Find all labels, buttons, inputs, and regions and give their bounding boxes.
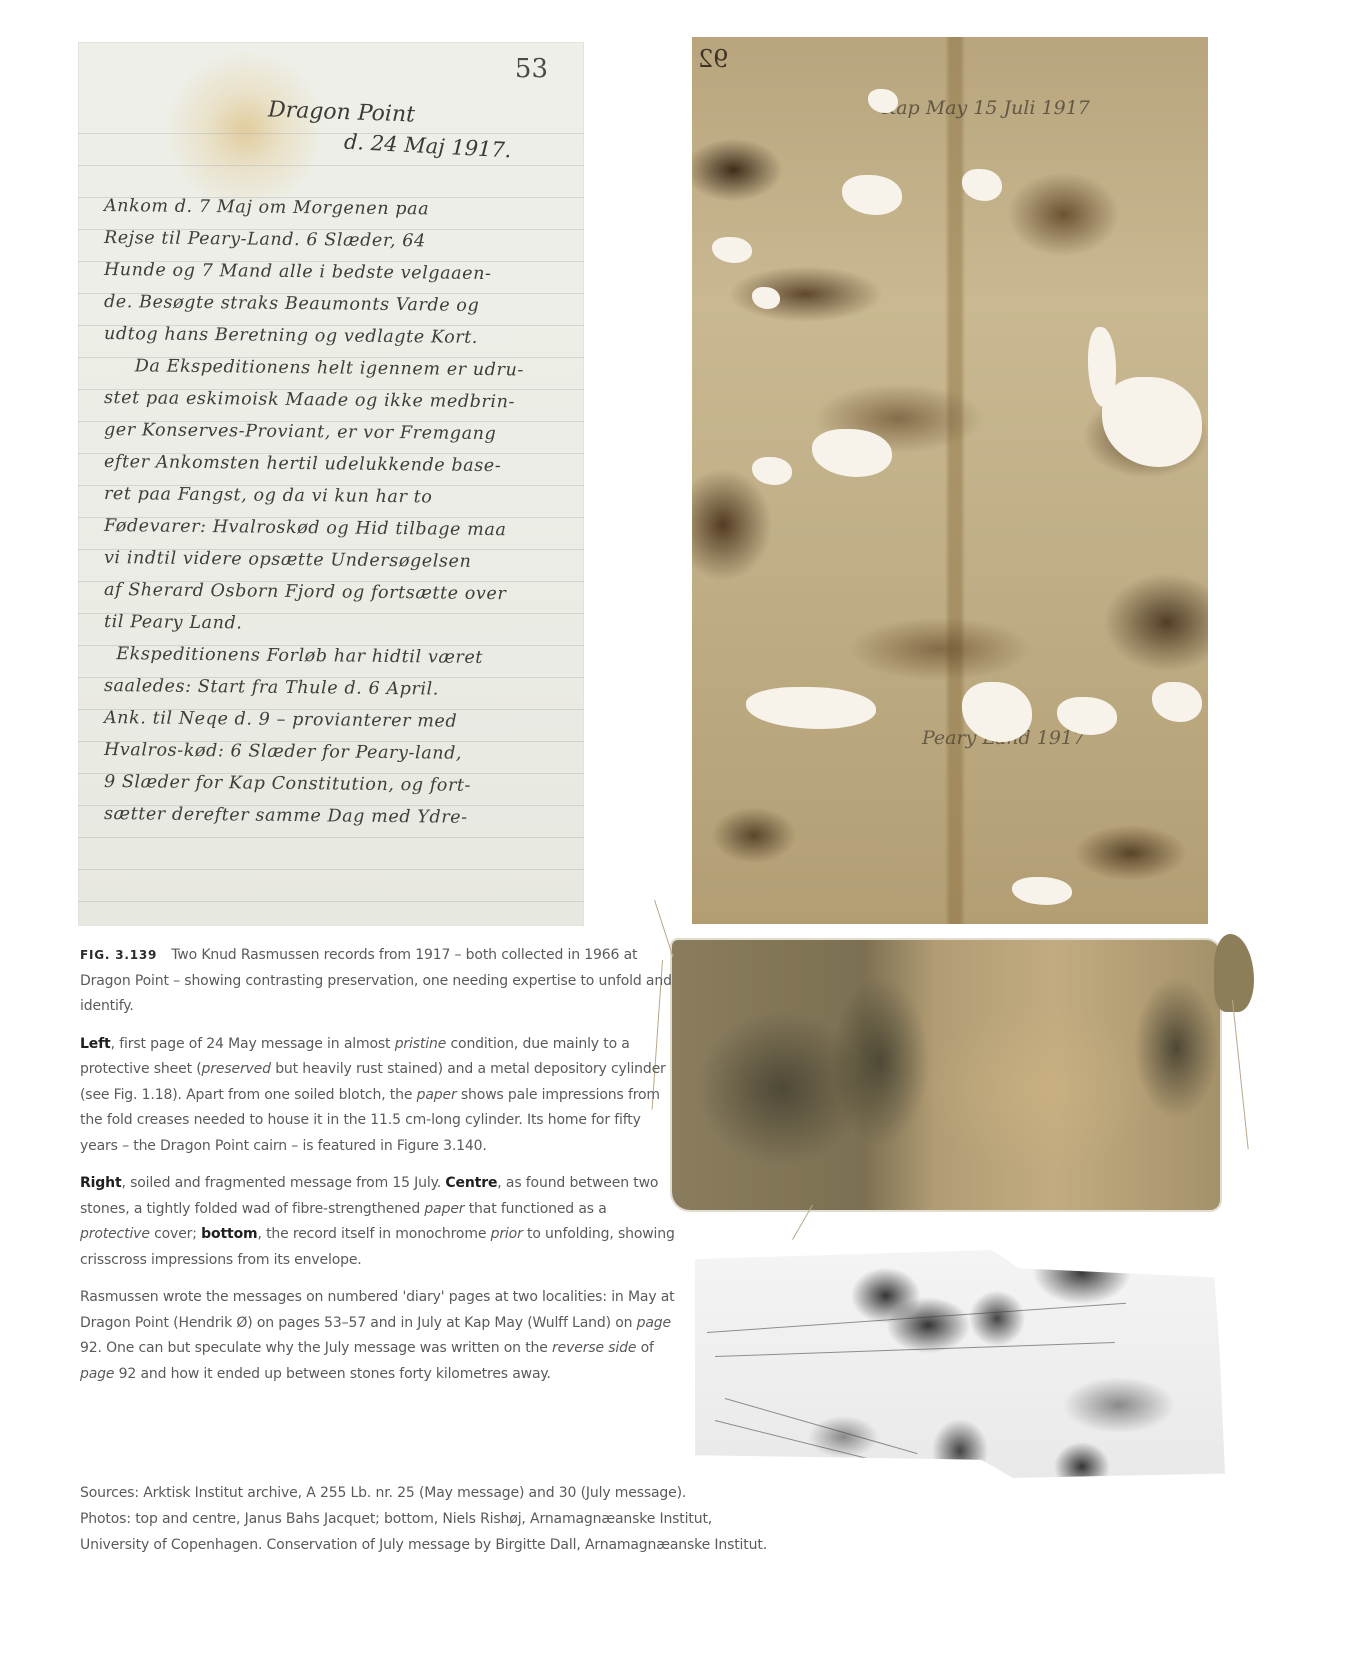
caption-text: of — [636, 1340, 654, 1356]
caption-italic: paper — [417, 1087, 457, 1103]
paper-loss — [746, 687, 876, 729]
photo-folded-wad-protective-cover — [672, 940, 1220, 1210]
loose-fibre — [1232, 1000, 1249, 1149]
caption-italic: prior — [491, 1226, 523, 1242]
handwritten-header: Kap May 15 Juli 1917 — [882, 97, 1090, 119]
handwritten-line: til Peary Land. — [104, 606, 574, 643]
caption-lead-right: Right — [80, 1175, 122, 1191]
handwritten-line: efter Ankomsten hertil udelukkende base- — [104, 446, 574, 483]
handwritten-line: stet paa eskimoisk Maade og ikke medbrin… — [104, 382, 574, 419]
caption-lead-centre: Centre — [445, 1175, 497, 1191]
paper-loss — [962, 169, 1002, 201]
paper-loss — [1012, 877, 1072, 905]
handwritten-line: Ank. til Neqe d. 9 – provianterer med — [104, 702, 574, 739]
paper-loss — [1102, 377, 1202, 467]
handwritten-place: Dragon Point — [268, 97, 416, 127]
photo-record-monochrome-before-unfolding — [695, 1250, 1225, 1478]
handwritten-line: Fødevarer: Hvalroskød og Hid tilbage maa — [104, 510, 574, 547]
loose-fibre — [792, 1205, 813, 1240]
figure-caption: FIG. 3.139Two Knud Rasmussen records fro… — [80, 943, 680, 1399]
handwritten-line: Ankom d. 7 Maj om Morgenen paa — [104, 190, 574, 227]
caption-notes-paragraph: Rasmussen wrote the messages on numbered… — [80, 1285, 680, 1387]
caption-lead-left: Left — [80, 1036, 111, 1052]
caption-text: 92. One can but speculate why the July m… — [80, 1340, 552, 1356]
photo-july-letter-page-92: 92 Kap May 15 Juli 1917 Peary Land 1917 — [692, 37, 1208, 924]
figure-number: FIG. 3.139 — [80, 948, 157, 962]
handwritten-line: 9 Slæder for Kap Constitution, og fort- — [104, 766, 574, 803]
handwritten-line: de. Besøgte straks Beaumonts Varde og — [104, 286, 574, 323]
handwritten-line: sætter derefter samme Dag med Ydre- — [104, 798, 574, 835]
photo-credits-line: University of Copenhagen. Conservation o… — [80, 1532, 980, 1558]
caption-italic: paper — [424, 1201, 464, 1217]
photo-credits-line: Photos: top and centre, Janus Bahs Jacqu… — [80, 1506, 980, 1532]
caption-title-text: Two Knud Rasmussen records from 1917 – b… — [80, 947, 672, 1014]
caption-text: that functioned as a — [464, 1201, 606, 1217]
sources-line: Sources: Arktisk Institut archive, A 255… — [80, 1480, 980, 1506]
paper-loss — [712, 237, 752, 263]
fold-crease — [715, 1342, 1115, 1357]
caption-text: Rasmussen wrote the messages on numbered… — [80, 1289, 675, 1331]
caption-right-paragraph: Right, soiled and fragmented message fro… — [80, 1171, 680, 1273]
handwritten-body: Ankom d. 7 Maj om Morgenen paa Rejse til… — [104, 190, 574, 830]
paper-loss — [752, 457, 792, 485]
handwritten-line: Hunde og 7 Mand alle i bedste velgaaen- — [104, 254, 574, 291]
caption-italic: preserved — [202, 1061, 271, 1077]
caption-text: , first page of 24 May message in almost — [111, 1036, 395, 1052]
caption-title: FIG. 3.139Two Knud Rasmussen records fro… — [80, 943, 680, 1020]
handwritten-line: Da Ekspeditionens helt igennem er udru- — [104, 350, 574, 387]
fold-crease — [715, 1420, 890, 1465]
photo-may-letter-page-53: 53 Dragon Point d. 24 Maj 1917. Ankom d.… — [78, 42, 584, 926]
caption-text: 92 and how it ended up between stones fo… — [114, 1366, 550, 1382]
handwritten-line: ger Konserves-Proviant, er vor Fremgang — [104, 414, 574, 451]
paper-loss — [1152, 682, 1202, 722]
page-number: 53 — [515, 54, 548, 84]
caption-italic: pristine — [395, 1036, 447, 1052]
caption-italic: page — [637, 1315, 671, 1331]
caption-italic: page — [80, 1366, 114, 1382]
caption-sources: Sources: Arktisk Institut archive, A 255… — [80, 1480, 980, 1558]
handwritten-line: Ekspeditionens Forløb har hidtil været — [104, 638, 574, 675]
handwritten-line: Rejse til Peary-Land. 6 Slæder, 64 — [104, 222, 574, 259]
handwritten-line: af Sherard Osborn Fjord og fortsætte ove… — [104, 574, 574, 611]
caption-text: , soiled and fragmented message from 15 … — [122, 1175, 446, 1191]
caption-text: cover; — [150, 1226, 201, 1242]
paper-loss — [868, 89, 898, 113]
caption-italic: reverse side — [552, 1340, 636, 1356]
page-number-mirrored: 92 — [698, 45, 729, 73]
caption-left-paragraph: Left, first page of 24 May message in al… — [80, 1032, 680, 1160]
paper-loss — [752, 287, 780, 309]
caption-italic: protective — [80, 1226, 150, 1242]
handwritten-line: vi indtil videre opsætte Undersøgelsen — [104, 542, 574, 579]
caption-lead-bottom: bottom — [201, 1226, 257, 1242]
handwritten-line: Hvalros-kød: 6 Slæder for Peary-land, — [104, 734, 574, 771]
caption-text: , the record itself in monochrome — [257, 1226, 490, 1242]
handwritten-line: saaledes: Start fra Thule d. 6 April. — [104, 670, 574, 707]
handwritten-line: udtog hans Beretning og vedlagte Kort. — [104, 318, 574, 355]
paper-loss — [842, 175, 902, 215]
fold-crease — [707, 1303, 1126, 1333]
handwritten-line: ret paa Fangst, og da vi kun har to — [104, 478, 574, 515]
torn-flap — [1214, 934, 1254, 1012]
paper-loss — [812, 429, 892, 477]
